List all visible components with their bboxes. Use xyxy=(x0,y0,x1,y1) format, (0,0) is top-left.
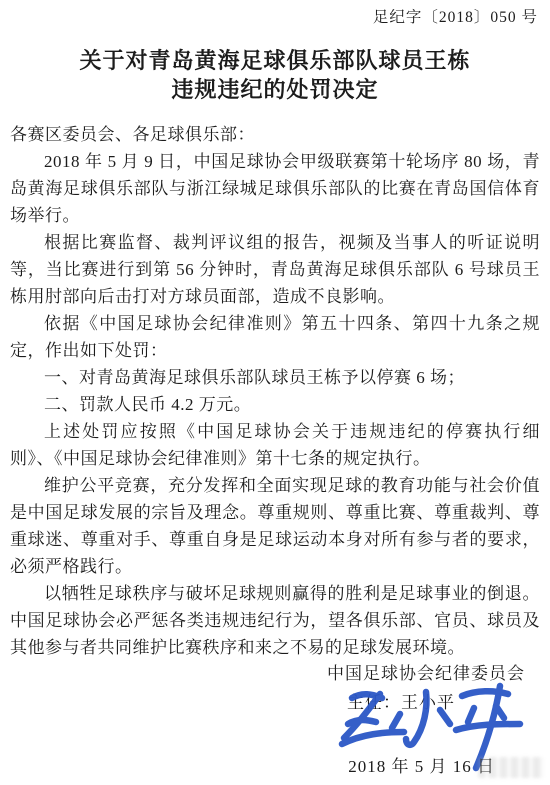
document-reference-number: 足纪字〔2018〕050 号 xyxy=(373,5,538,27)
signature-signer-name: 主任：王小平 xyxy=(347,688,455,713)
document-body: 各赛区委员会、各足球俱乐部： 2018 年 5 月 9 日，中国足球协会甲级联赛… xyxy=(10,121,540,661)
punishment-item-1: 一、对青岛黄海足球俱乐部队球员王栋予以停赛 6 场； xyxy=(10,364,540,391)
document-title-line-1: 关于对青岛黄海足球俱乐部队球员王栋 xyxy=(0,46,550,75)
signature-organization: 中国足球协会纪律委员会 xyxy=(327,659,525,684)
document-title-line-2: 违规违纪的处罚决定 xyxy=(0,75,550,104)
salutation: 各赛区委员会、各足球俱乐部： xyxy=(10,121,540,148)
paragraph-legal-basis: 依据《中国足球协会纪律准则》第五十四条、第四十九条之规定，作出如下处罚： xyxy=(10,310,540,364)
signature-date: 2018 年 5 月 16 日 xyxy=(348,752,495,777)
paragraph-closing-statement: 以牺牲足球秩序与破坏足球规则赢得的胜利是足球事业的倒退。中国足球协会必严惩各类违… xyxy=(10,580,540,661)
document-title: 关于对青岛黄海足球俱乐部队球员王栋 违规违纪的处罚决定 xyxy=(0,46,550,104)
punishment-decision-document: 足纪字〔2018〕050 号 关于对青岛黄海足球俱乐部队球员王栋 违规违纪的处罚… xyxy=(0,0,550,785)
faint-watermark xyxy=(478,757,544,778)
paragraph-match-info: 2018 年 5 月 9 日，中国足球协会甲级联赛第十轮场序 80 场，青岛黄海… xyxy=(10,148,540,229)
paragraph-incident-description: 根据比赛监督、裁判评议组的报告，视频及当事人的听证说明等，当比赛进行到第 56 … xyxy=(10,229,540,310)
paragraph-execution-rules: 上述处罚应按照《中国足球协会关于违规违纪的停赛执行细则》、《中国足球协会纪律准则… xyxy=(10,418,540,472)
punishment-item-2: 二、罚款人民币 4.2 万元。 xyxy=(10,391,540,418)
paragraph-fair-play-statement: 维护公平竞赛，充分发挥和全面实现足球的教育功能与社会价值是中国足球发展的宗旨及理… xyxy=(10,472,540,580)
